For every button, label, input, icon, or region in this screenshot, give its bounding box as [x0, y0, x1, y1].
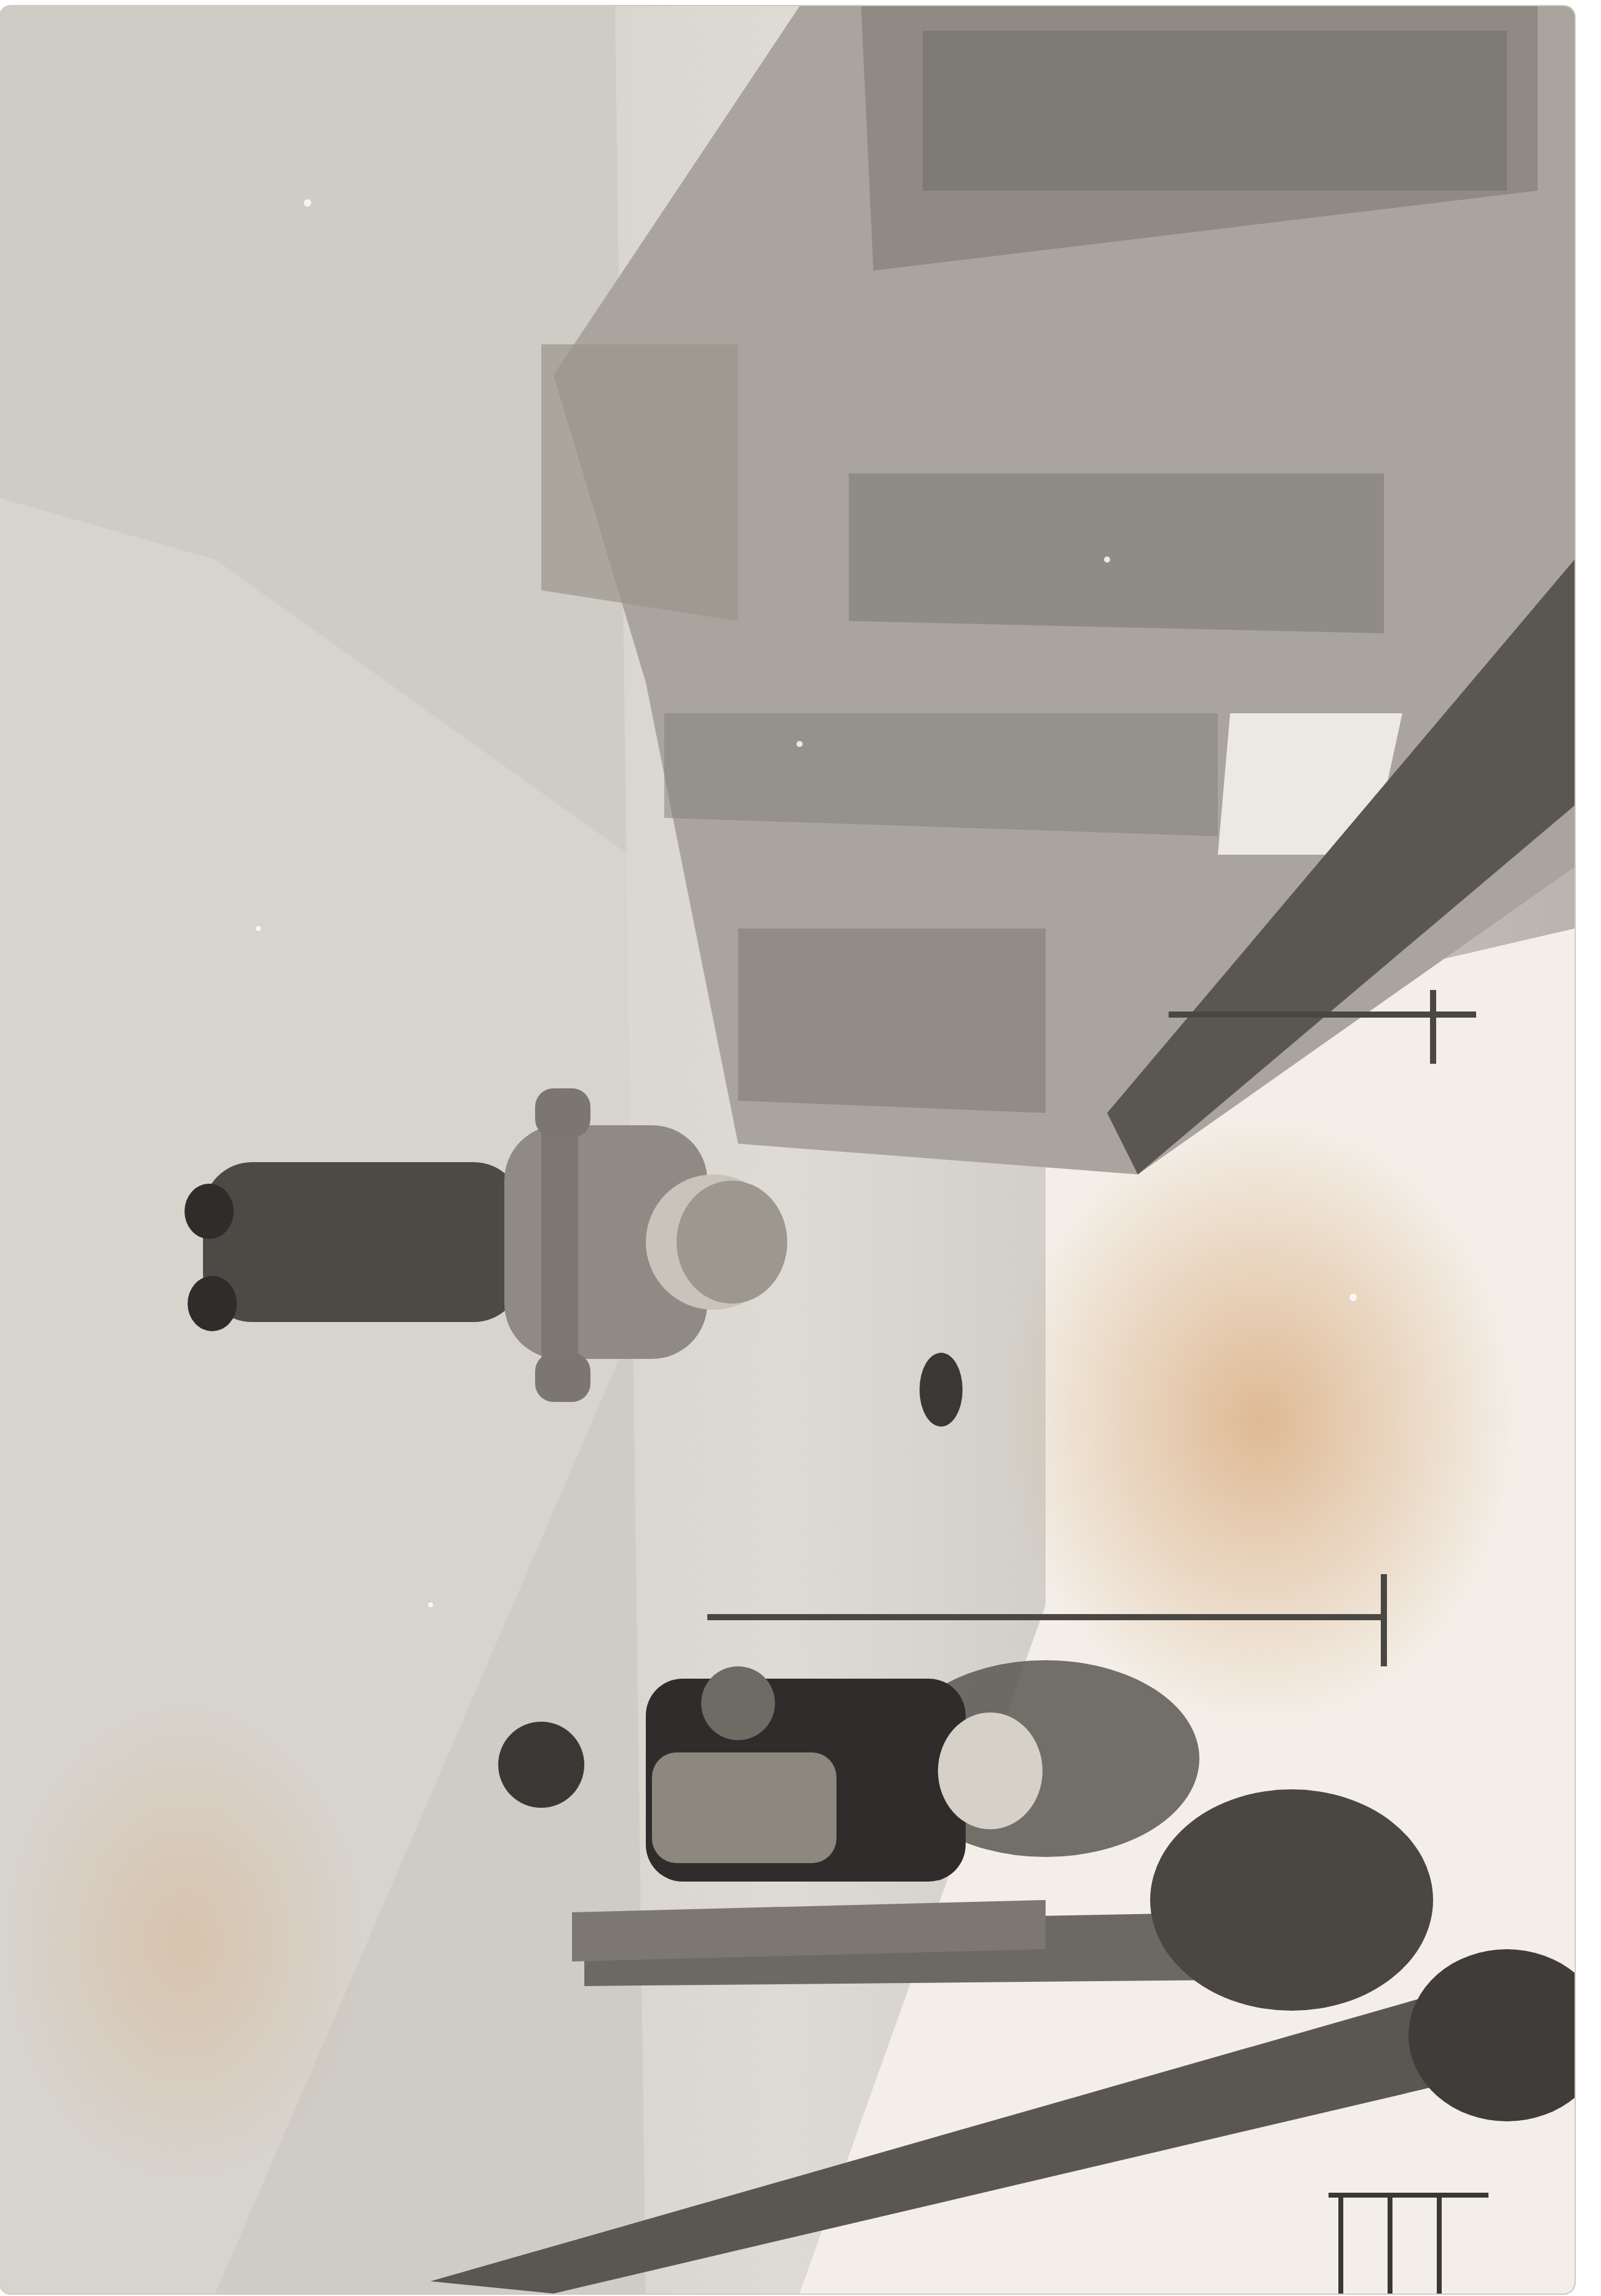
brick-wall	[541, 344, 738, 621]
photo-scene	[0, 6, 1575, 2294]
oval-sign	[920, 1353, 963, 1427]
vintage-street-photograph	[0, 6, 1575, 2294]
